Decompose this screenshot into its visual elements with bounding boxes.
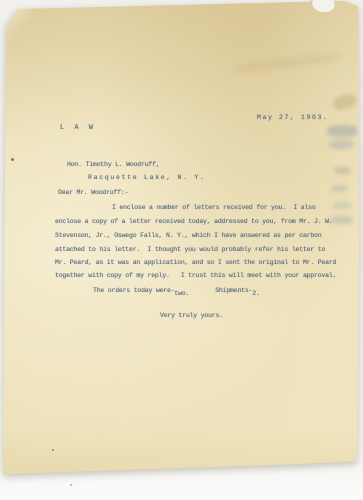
paper-shadow: L A W May 27, 1903. Hon. Timothy L. Wood… — [0, 0, 363, 500]
paper-stain — [232, 51, 342, 74]
salutation: Dear Mr. Woodruff:- — [58, 189, 128, 196]
body-line: Mr. Peard, as it was an application, and… — [55, 259, 336, 266]
letter-date: May 27, 1903. — [257, 114, 329, 121]
body-line: enclose a copy of a letter received toda… — [55, 218, 333, 225]
ink-smudge — [334, 167, 351, 174]
closing-line: Very truly yours. — [160, 312, 223, 319]
paper-speck — [11, 158, 14, 161]
shipments-value: 2. — [252, 290, 259, 297]
ink-smudge — [332, 92, 359, 112]
body-line: I enclose a number of letters received f… — [112, 204, 316, 211]
shipments-label: Shipments- — [215, 287, 252, 294]
ink-smudge — [333, 202, 351, 209]
body-line: attached to his letter. I thought you wo… — [55, 246, 325, 253]
orders-shipments-line: The orders today were-two.Shipments-2. — [93, 287, 260, 294]
recipient-name: Hon. Timothy L. Woodruff, — [67, 161, 160, 168]
letter-paper: L A W May 27, 1903. Hon. Timothy L. Wood… — [0, 0, 363, 500]
scanner-speck — [70, 484, 72, 486]
department-label: L A W — [60, 124, 96, 132]
recipient-address: Racquette Lake, N. Y. — [88, 174, 206, 181]
ink-smudge — [329, 140, 354, 149]
body-line: together with copy of my reply. I trust … — [55, 272, 336, 279]
ink-smudge — [331, 185, 348, 192]
body-line: Stevenson, Jr., Oswego Falls, N. Y., whi… — [55, 232, 321, 239]
orders-label: The orders today were- — [93, 287, 174, 294]
scanned-letter-page: L A W May 27, 1903. Hon. Timothy L. Wood… — [0, 0, 363, 500]
ink-smudge — [330, 216, 353, 224]
paper-speck — [52, 449, 54, 451]
paper-fold-top-left — [3, 8, 33, 38]
ink-smudge — [327, 125, 358, 137]
orders-value: two. — [174, 290, 189, 297]
